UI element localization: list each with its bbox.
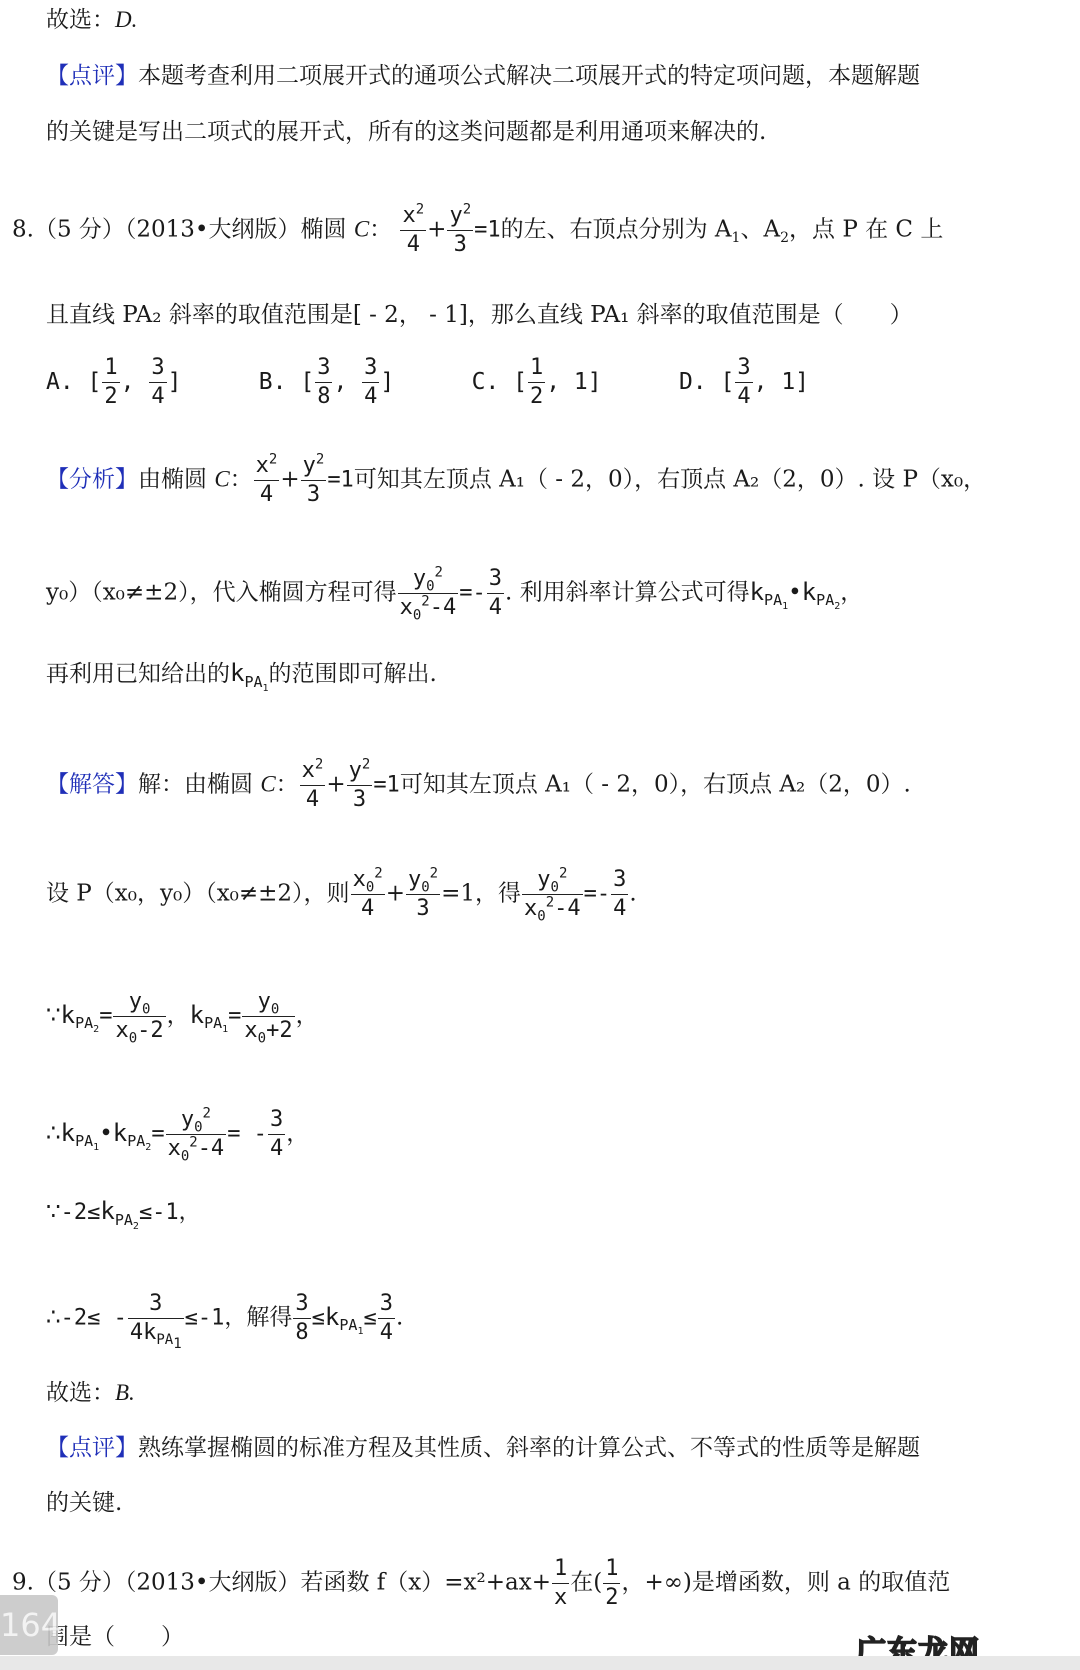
fraction: y02x02-4 bbox=[166, 1106, 227, 1163]
slope-pa1: kPA1 bbox=[230, 659, 269, 687]
stem-text: 的左、右顶点分别为 A bbox=[501, 217, 732, 243]
fraction-y2-3: y23 bbox=[301, 452, 327, 509]
text: 可知其左顶点 A₁（ - 2，0），右顶点 A₂（2，0）. 设 P（x₀， bbox=[354, 467, 986, 493]
option-label: A. bbox=[46, 369, 74, 395]
problem-source: （5 分）（2013•大纲版）椭圆 bbox=[34, 217, 354, 243]
numerator: 3 bbox=[362, 354, 379, 383]
problem-8-stem: 8.（5 分）（2013•大纲版）椭圆 C： x24+y23=1的左、右顶点分别… bbox=[12, 202, 1040, 259]
slope-pa2: kPA2 bbox=[113, 1119, 152, 1147]
text: 的范围即可解出. bbox=[269, 661, 437, 687]
fraction-3-8: 38 bbox=[293, 1290, 310, 1347]
fraction: 34 bbox=[149, 354, 166, 411]
fraction: 38 bbox=[315, 354, 332, 411]
stem-text: 9.（5 分）（2013•大纲版）若函数 f（x）=x²+ax+ bbox=[12, 1570, 551, 1596]
lower-bound: -2≤ bbox=[61, 1200, 101, 1225]
comment-text: 本题考查利用二项展开式的通项公式解决二项展开式的特定项问题，本题解题 bbox=[138, 63, 920, 89]
fraction: y0x0+2 bbox=[242, 988, 294, 1045]
slope-pa1: kPA1 bbox=[325, 1303, 364, 1331]
option-b[interactable]: B. [38, 34] bbox=[259, 354, 394, 411]
option-d[interactable]: D. [34, 1] bbox=[679, 354, 809, 411]
upper-bound: ≤-1， bbox=[139, 1200, 201, 1225]
slope-pa2: kPA2 bbox=[100, 1197, 139, 1225]
numerator: y bbox=[449, 203, 462, 228]
solution-comment-line-2: 的关键. bbox=[46, 1488, 1040, 1518]
text: 再利用已知给出的 bbox=[46, 661, 230, 687]
answer-value: D. bbox=[115, 7, 137, 32]
stem-text: 在( bbox=[570, 1570, 602, 1596]
fraction-1-x: 1x bbox=[552, 1555, 569, 1612]
fraction: y023 bbox=[406, 866, 440, 923]
upper-bound: ≤-1， bbox=[185, 1306, 247, 1331]
denominator: 4 bbox=[362, 383, 379, 411]
fraction-y2-3: y23 bbox=[447, 202, 473, 259]
text: y₀）（x₀≠±2），代入椭圆方程可得 bbox=[46, 580, 397, 606]
comment-tag: 【点评】 bbox=[46, 1435, 138, 1461]
slope-pa1: kPA1 bbox=[750, 578, 789, 606]
equals-minus: =- bbox=[459, 581, 486, 606]
numerator: 3 bbox=[315, 354, 332, 383]
fraction: 34 bbox=[735, 354, 752, 411]
solution-line-6: ∴-2≤ -34kPA1≤-1，解得38≤kPA1≤34. bbox=[46, 1290, 1040, 1347]
analysis-tag: 【分析】 bbox=[46, 467, 138, 493]
page-number-badge: 164 bbox=[0, 1595, 58, 1655]
denominator: 8 bbox=[315, 383, 332, 411]
analysis-line-1: 【分析】由椭圆 C：x24+y23=1可知其左顶点 A₁（ - 2，0），右顶点… bbox=[46, 452, 1040, 509]
numerator: 3 bbox=[735, 354, 752, 383]
option-a[interactable]: A. [12, 34] bbox=[46, 354, 181, 411]
stem-text: 、A bbox=[740, 217, 780, 243]
answer-prefix: 故选： bbox=[46, 1380, 115, 1406]
slope-pa2: kPA2 bbox=[61, 1001, 100, 1029]
solution-line-3: ∵kPA2=y0x0-2，kPA1=y0x0+2， bbox=[46, 988, 1040, 1045]
therefore-symbol: ∴ bbox=[46, 1305, 61, 1331]
text: 设 P（x₀，y₀）（x₀≠±2），则 bbox=[46, 881, 350, 907]
fraction: 12 bbox=[528, 354, 545, 411]
prev-comment-line-1: 【点评】本题考查利用二项展开式的通项公式解决二项展开式的特定项问题，本题解题 bbox=[46, 61, 1040, 91]
fraction-x2-4: x24 bbox=[400, 202, 426, 259]
equals-one: =1 bbox=[474, 218, 501, 243]
numerator: 1 bbox=[528, 354, 545, 383]
text: 由椭圆 bbox=[138, 467, 214, 493]
fraction: 12 bbox=[102, 354, 119, 411]
solution-answer-line: 故选：B. bbox=[46, 1378, 1040, 1408]
fraction: 34 bbox=[362, 354, 379, 411]
therefore-symbol: ∴ bbox=[46, 1121, 61, 1147]
answer-prefix: 故选： bbox=[46, 7, 115, 33]
text: . 利用斜率计算公式可得 bbox=[505, 580, 750, 606]
prev-comment-line-2: 的关键是写出二项式的展开式，所有的这类问题都是利用通项来解决的. bbox=[46, 117, 1040, 147]
fraction-3-4: 34 bbox=[378, 1290, 395, 1347]
analysis-line-3: 再利用已知给出的kPA1的范围即可解出. bbox=[46, 658, 1040, 689]
stem-text: ，点 P 在 C 上 bbox=[789, 217, 943, 243]
slope-pa2: kPA2 bbox=[802, 578, 841, 606]
fraction-3-4: 34 bbox=[268, 1106, 285, 1163]
text: 可知其左顶点 A₁（ - 2，0），右顶点 A₂（2，0）. bbox=[400, 772, 911, 798]
slope-pa1: kPA1 bbox=[61, 1119, 100, 1147]
option-c[interactable]: C. [12, 1] bbox=[472, 354, 602, 411]
solution-line-2: 设 P（x₀，y₀）（x₀≠±2），则x024+y023=1，得y02x02-4… bbox=[46, 866, 1040, 923]
problem-9-stem: 9.（5 分）（2013•大纲版）若函数 f（x）=x²+ax+1x在(12，+… bbox=[12, 1555, 1040, 1612]
fraction: 34kPA1 bbox=[128, 1290, 184, 1347]
numerator: x bbox=[402, 203, 415, 228]
fraction-3-4: 34 bbox=[611, 866, 628, 923]
comment-tag: 【点评】 bbox=[46, 63, 138, 89]
solution-line-1: 【解答】解：由椭圆 C：x24+y23=1可知其左顶点 A₁（ - 2，0），右… bbox=[46, 757, 1040, 814]
fraction: x024 bbox=[351, 866, 385, 923]
denominator: 2 bbox=[528, 383, 545, 411]
lower-bound: -2≤ - bbox=[61, 1306, 127, 1331]
denominator: 2 bbox=[102, 383, 119, 411]
option-label: B. bbox=[259, 369, 287, 395]
fraction-y2-3: y23 bbox=[347, 757, 373, 814]
denominator: 4 bbox=[735, 383, 752, 411]
solution-tag: 【解答】 bbox=[46, 772, 138, 798]
text: =1，得 bbox=[441, 881, 521, 907]
numerator: 3 bbox=[149, 354, 166, 383]
option-label: C. bbox=[472, 369, 500, 395]
denominator: 4 bbox=[400, 231, 426, 259]
problem-number: 8. bbox=[12, 217, 34, 243]
solution-comment-line-1: 【点评】熟练掌握椭圆的标准方程及其性质、斜率的计算公式、不等式的性质等是解题 bbox=[46, 1433, 1040, 1463]
because-symbol: ∵ bbox=[46, 1003, 61, 1029]
answer-value: B. bbox=[115, 1380, 135, 1405]
solution-line-4: ∴kPA1•kPA2=y02x02-4= -34， bbox=[46, 1106, 1040, 1163]
upper-bound: 1 bbox=[574, 369, 588, 395]
denominator: 4 bbox=[149, 383, 166, 411]
slope-pa1: kPA1 bbox=[190, 1001, 229, 1029]
curve-name: C bbox=[354, 217, 369, 242]
problem-8-stem-line-2: 且直线 PA₂ 斜率的取值范围是[ - 2， - 1]，那么直线 PA₁ 斜率的… bbox=[46, 300, 1040, 330]
stem-text: ，+∞)是增函数，则 a 的取值范 bbox=[621, 1570, 950, 1596]
prev-answer-line: 故选：D. bbox=[46, 5, 1040, 35]
fraction-y0sq-over-x0sq-minus-4: y02x02-4 bbox=[398, 565, 459, 622]
fraction-x2-4: x24 bbox=[300, 757, 326, 814]
fraction: y02x02-4 bbox=[522, 866, 583, 923]
fraction-1-2: 12 bbox=[603, 1555, 620, 1612]
bottom-bar bbox=[0, 1656, 1080, 1670]
fraction-3-4: 34 bbox=[487, 565, 504, 622]
problem-8-options: A. [12, 34] B. [38, 34] C. [12, 1] D. [3… bbox=[46, 354, 1040, 411]
text: 解：由椭圆 bbox=[138, 772, 260, 798]
upper-bound: 1 bbox=[781, 369, 795, 395]
fraction-x2-4: x24 bbox=[254, 452, 280, 509]
fraction: y0x0-2 bbox=[113, 988, 165, 1045]
solution-line-5: ∵-2≤kPA2≤-1， bbox=[46, 1196, 1040, 1228]
numerator: 1 bbox=[102, 354, 119, 383]
comment-text: 熟练掌握椭圆的标准方程及其性质、斜率的计算公式、不等式的性质等是解题 bbox=[138, 1435, 920, 1461]
denominator: 3 bbox=[447, 231, 473, 259]
because-symbol: ∵ bbox=[46, 1199, 61, 1225]
analysis-line-2: y₀）（x₀≠±2），代入椭圆方程可得y02x02-4=-34. 利用斜率计算公… bbox=[46, 565, 1040, 622]
colon: ： bbox=[369, 217, 392, 243]
option-label: D. bbox=[679, 369, 707, 395]
text: 解得 bbox=[246, 1305, 292, 1331]
